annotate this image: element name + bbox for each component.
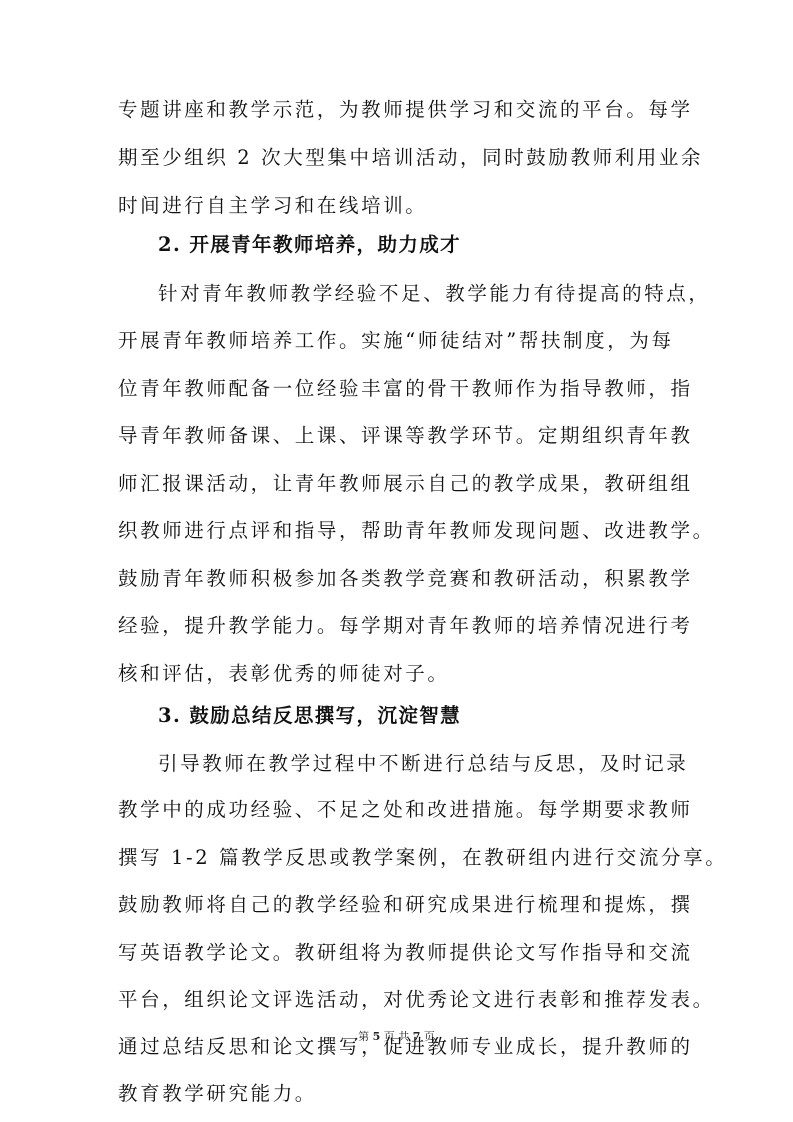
page-footer: 第 5 页 共 7 页 [0, 1028, 793, 1044]
paragraph-line: 位青年教师配备一位经验丰富的骨干教师作为指导教师，指 [118, 377, 678, 401]
paragraph-line: 针对青年教师教学经验不足、教学能力有待提高的特点， [158, 282, 718, 306]
paragraph-line: 鼓励青年教师积极参加各类教学竞赛和教研活动，积累教学 [118, 567, 678, 591]
section-heading: 3. 鼓励总结反思撰写，沉淀智慧 [158, 704, 718, 728]
paragraph-line: 开展青年教师培养工作。实施“师徒结对”帮扶制度，为每 [118, 329, 678, 353]
total-pages-number: 7 [413, 1030, 421, 1043]
paragraph-line: 引导教师在教学过程中不断进行总结与反思，及时记录 [158, 752, 718, 776]
paragraph-line: 核和评估，表彰优秀的师徒对子。 [118, 662, 678, 686]
paragraph-line: 平台，组织论文评选活动，对优秀论文进行表彰和推荐发表。 [118, 988, 678, 1012]
paragraph-line: 织教师进行点评和指导，帮助青年教师发现问题、改进教学。 [118, 519, 678, 543]
footer-middle: 页 共 [384, 1030, 410, 1043]
paragraph-line: 教育教学研究能力。 [118, 1082, 678, 1106]
current-page-number: 5 [373, 1030, 381, 1043]
paragraph-line: 鼓励教师将自己的教学经验和研究成果进行梳理和提炼，撰 [118, 893, 678, 917]
document-page: 专题讲座和教学示范，为教师提供学习和交流的平台。每学期至少组织 2 次大型集中培… [0, 0, 793, 1122]
paragraph-line: 师汇报课活动，让青年教师展示自己的教学成果，教研组组 [118, 472, 678, 496]
footer-prefix: 第 [358, 1030, 369, 1043]
paragraph-line: 专题讲座和教学示范，为教师提供学习和交流的平台。每学 [118, 98, 678, 122]
paragraph-line: 时间进行自主学习和在线培训。 [118, 194, 678, 218]
paragraph-line: 导青年教师备课、上课、评课等教学环节。定期组织青年教 [118, 424, 678, 448]
paragraph-line: 教学中的成功经验、不足之处和改进措施。每学期要求教师 [118, 798, 678, 822]
paragraph-line: 期至少组织 2 次大型集中培训活动，同时鼓励教师利用业余 [118, 146, 678, 170]
paragraph-line: 写英语教学论文。教研组将为教师提供论文写作指导和交流 [118, 941, 678, 965]
paragraph-line: 撰写 1-2 篇教学反思或教学案例，在教研组内进行交流分享。 [118, 846, 678, 870]
footer-suffix: 页 [424, 1030, 435, 1043]
paragraph-line: 经验，提升教学能力。每学期对青年教师的培养情况进行考 [118, 614, 678, 638]
section-heading: 2. 开展青年教师培养，助力成才 [158, 233, 718, 257]
